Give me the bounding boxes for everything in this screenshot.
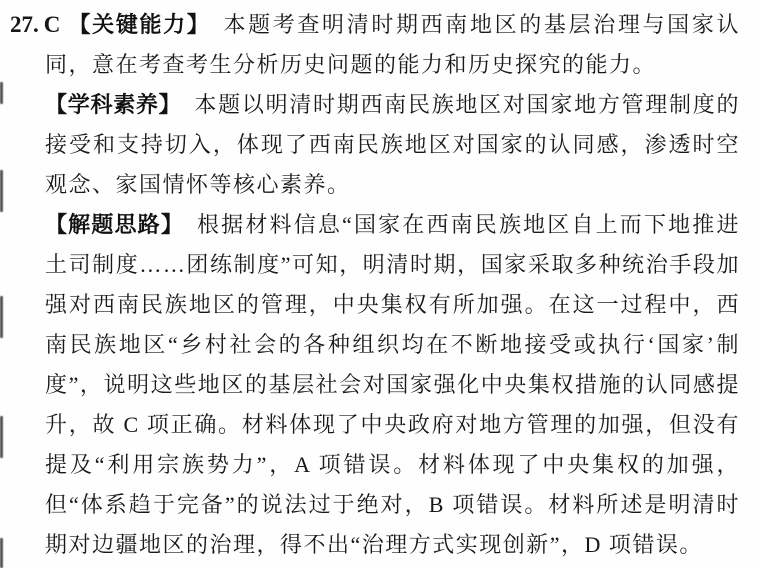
scanned-answer-page: 27.C【关键能力】本题考查明清时期西南地区的基层治理与国家认同，意在考查考生分… xyxy=(0,0,760,568)
section-key-ability: 27.C【关键能力】本题考查明清时期西南地区的基层治理与国家认同，意在考查考生分… xyxy=(45,5,740,85)
scan-edge-artifact xyxy=(0,296,3,338)
section-label-solution-approach: 【解题思路】 xyxy=(45,212,184,237)
answer-explanation-block: 27.C【关键能力】本题考查明清时期西南地区的基层治理与国家认同，意在考查考生分… xyxy=(0,0,760,565)
section-solution-approach: 【解题思路】根据材料信息“国家在西南民族地区自上而下地推进土司制度……团练制度”… xyxy=(45,205,740,565)
section-text-solution-approach: 根据材料信息“国家在西南民族地区自上而下地推进土司制度……团练制度”可知，明清时… xyxy=(45,212,740,557)
scan-edge-artifact xyxy=(0,538,3,568)
scan-edge-artifact xyxy=(0,82,3,104)
question-number: 27. xyxy=(10,12,39,37)
question-number-and-answer: 27.C xyxy=(10,12,60,37)
section-subject-literacy: 【学科素养】本题以明清时期西南民族地区对国家地方管理制度的接受和支持切入，体现了… xyxy=(45,85,740,205)
scan-edge-artifact xyxy=(0,416,3,458)
section-label-key-ability: 【关键能力】 xyxy=(67,12,210,37)
scan-edge-artifact xyxy=(0,170,3,212)
answer-letter: C xyxy=(44,12,61,37)
section-label-subject-literacy: 【学科素养】 xyxy=(45,92,181,117)
